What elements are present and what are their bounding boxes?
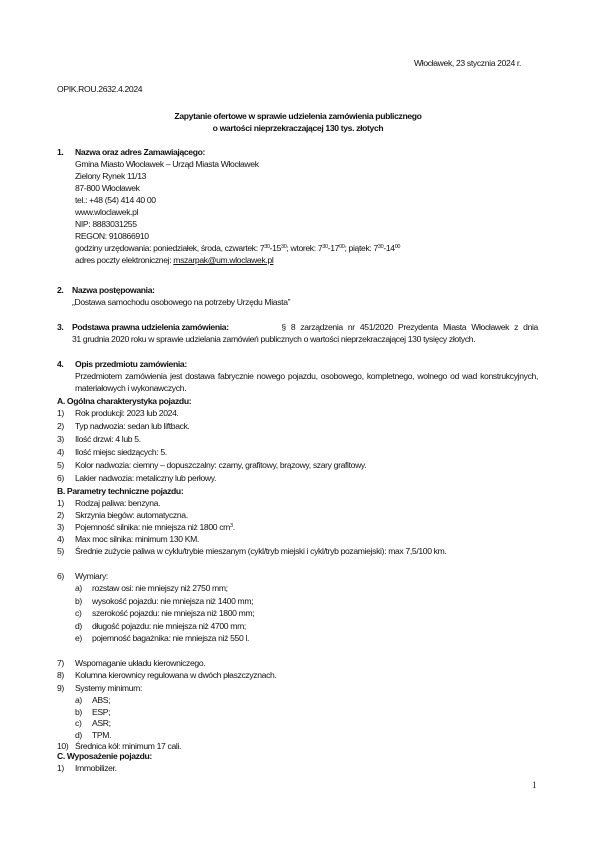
section-number: 4. <box>57 359 63 370</box>
general-spec-item: Kolor nadwozia: ciemny – dopuszczalny: c… <box>75 460 366 471</box>
technical-param-item: Max moc silnika: minimum 130 KM. <box>75 534 199 545</box>
section-number: 2. <box>57 285 63 296</box>
subsection-a-heading: A. Ogólna charakterystyka pojazdu: <box>57 396 191 407</box>
authority-phone: tel.: +48 (54) 414 40 00 <box>75 195 156 206</box>
dimension-item-number: b) <box>75 596 82 607</box>
dimension-item-number: d) <box>75 621 82 632</box>
system-item-number: c) <box>75 718 81 729</box>
technical-param-item-number: 1) <box>57 498 64 509</box>
dimension-item: wysokość pojazdu: nie mniejsza niż 1400 … <box>92 596 253 607</box>
procedure-name: „Dostawa samochodu osobowego na potrzeby… <box>72 297 290 308</box>
dimension-item: pojemność bagażnika: nie mniejsza niż 55… <box>92 633 249 644</box>
authority-city: 87-800 Włocławek <box>75 183 140 194</box>
general-spec-item: Typ nadwozia: sedan lub liftback. <box>75 421 190 432</box>
subsection-b-heading: B. Parametry techniczne pojazdu: <box>57 486 183 497</box>
technical-param-item-number: 9) <box>57 683 64 694</box>
technical-param-item-number: 2) <box>57 510 64 521</box>
section-heading: Opis przedmiotu zamówienia: <box>75 359 187 370</box>
general-spec-item-number: 5) <box>57 460 64 471</box>
section-heading: Nazwa oraz adres Zamawiającego: <box>75 147 205 158</box>
reference-number: OPIK.ROU.2632.4.2024 <box>57 84 142 94</box>
dimension-item: długość pojazdu: nie mniejsza niż 4700 m… <box>92 621 246 632</box>
general-spec-item: Lakier nadwozia: metaliczny lub perłowy. <box>75 473 216 484</box>
authority-street: Zielony Rynek 11/13 <box>75 171 146 182</box>
subsection-c-heading: C. Wyposażenie pojazdu: <box>57 751 152 762</box>
document-title-line1: Zapytanie ofertowe w sprawie udzielenia … <box>0 111 596 121</box>
technical-param-item-number: 7) <box>57 658 64 669</box>
general-spec-item: Rok produkcji: 2023 lub 2024. <box>75 408 179 419</box>
dimension-item: szerokość pojazdu: nie mniejsza niż 1800… <box>92 608 254 619</box>
system-item-number: b) <box>75 707 82 718</box>
system-item-number: d) <box>75 730 82 741</box>
equipment-item: Immobilizer. <box>75 763 117 774</box>
technical-param-item: Kolumna kierownicy regulowana w dwóch pł… <box>75 670 277 681</box>
document-title-line2: o wartości nieprzekraczającej 130 tys. z… <box>0 123 596 133</box>
equipment-item-number: 1) <box>57 763 64 774</box>
email-row: adres poczty elektronicznej: mszarpak@um… <box>75 255 273 266</box>
section-heading: Nazwa postępowania: <box>72 285 155 296</box>
authority-website: www.wloclawek.pl <box>75 207 138 218</box>
dimension-item-number: c) <box>75 608 81 619</box>
general-spec-item-number: 6) <box>57 473 64 484</box>
general-spec-item-number: 1) <box>57 408 64 419</box>
technical-param-item: Średnie zużycie paliwa w cyklu/trybie mi… <box>75 546 538 558</box>
general-spec-item: Ilość drzwi: 4 lub 5. <box>75 434 141 445</box>
system-item: ASR; <box>92 718 111 729</box>
email-link[interactable]: mszarpak@um.wloclawek.pl <box>173 255 273 265</box>
dimension-item-number: e) <box>75 633 82 644</box>
system-item: TPM. <box>92 730 111 741</box>
general-spec-item: Ilość miejsc siedzących: 5. <box>75 447 167 458</box>
subject-intro: Przedmiotem zamówienia jest dostawa fabr… <box>75 371 538 394</box>
system-item-number: a) <box>75 695 82 706</box>
technical-param-item-number: 8) <box>57 670 64 681</box>
technical-param-item: Wspomaganie układu kierowniczego. <box>75 658 205 669</box>
general-spec-item-number: 2) <box>57 421 64 432</box>
technical-param-item: Rodzaj paliwa: benzyna. <box>75 498 160 509</box>
section-number: 3. <box>57 322 63 333</box>
section-number: 1. <box>57 147 63 158</box>
authority-regon: REGON: 910866910 <box>75 231 149 242</box>
system-item: ABS; <box>92 695 110 706</box>
general-spec-item-number: 3) <box>57 434 64 445</box>
technical-param-item: Systemy minimum: <box>75 683 142 694</box>
dimension-item-number: a) <box>75 583 82 594</box>
dimension-item: rozstaw osi: nie mniejszy niż 2750 mm; <box>92 583 228 594</box>
general-spec-item-number: 4) <box>57 447 64 458</box>
technical-param-item-number: 5) <box>57 546 64 557</box>
technical-param-item-number: 6) <box>57 571 64 582</box>
legal-basis-line2: 31 grudnia 2020 roku w sprawie udzielani… <box>72 334 475 345</box>
technical-param-item: Wymiary: <box>75 571 108 582</box>
place-and-date: Włocławek, 23 stycznia 2024 r. <box>414 58 521 68</box>
authority-name: Gmina Miasto Włocławek – Urząd Miasta Wł… <box>75 159 259 170</box>
technical-param-item-number: 4) <box>57 534 64 545</box>
technical-param-item: Skrzynia biegów: automatyczna. <box>75 510 188 521</box>
authority-nip: NIP: 8883031255 <box>75 219 137 230</box>
technical-param-item-number: 3) <box>57 522 64 533</box>
technical-param-item: Pojemność silnika: nie mniejsza niż 1800… <box>75 522 235 533</box>
page-number: 1 <box>532 780 536 790</box>
legal-basis-line1: Podstawa prawna udzielenia zamówienia: §… <box>72 322 538 333</box>
system-item: ESP; <box>92 707 110 718</box>
office-hours: godziny urzędowania: poniedziałek, środa… <box>75 243 400 254</box>
